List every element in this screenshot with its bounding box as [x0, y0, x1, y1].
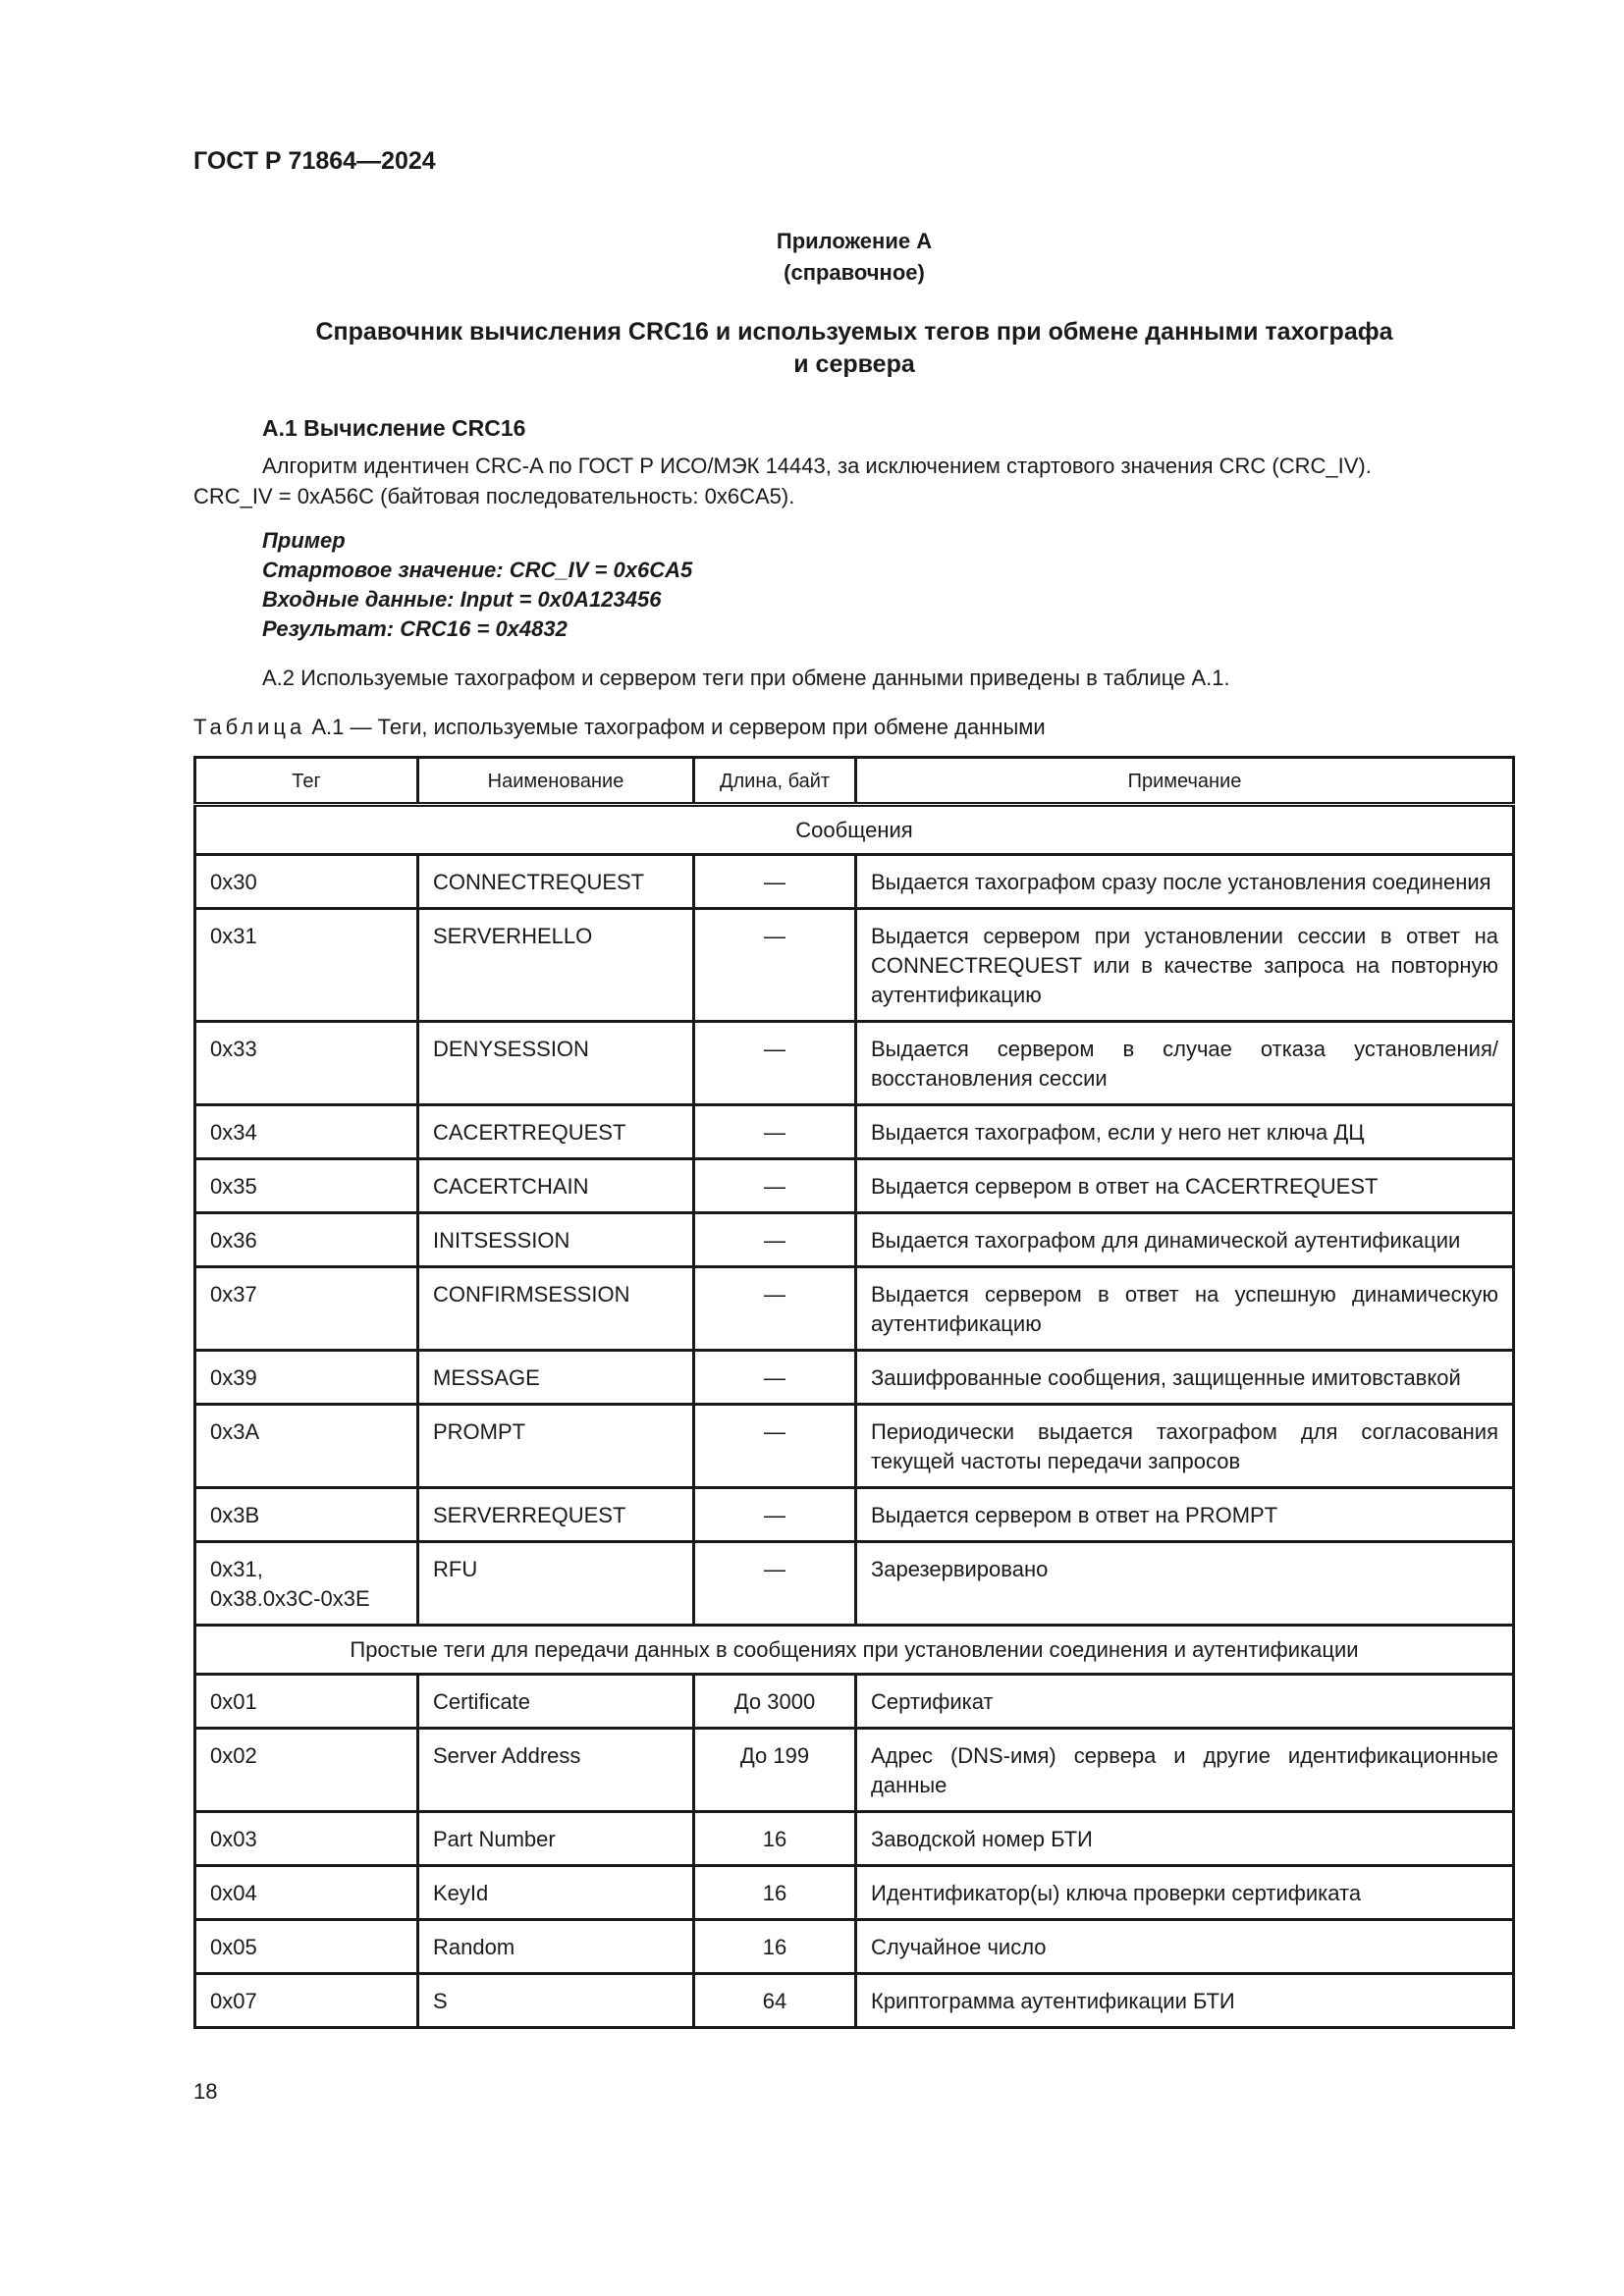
tag-cell: 0x02 [195, 1729, 418, 1812]
note-cell: Зашифрованные сообщения, защищенные имит… [856, 1351, 1514, 1405]
table-row: 0x3APROMPT—Периодически выдается тахогра… [195, 1405, 1514, 1488]
table-section-row: Простые теги для передачи данных в сообщ… [195, 1626, 1514, 1675]
note-cell: Выдается тахографом для динамической аут… [856, 1213, 1514, 1267]
length-cell: 16 [694, 1812, 856, 1866]
name-cell: SERVERREQUEST [418, 1488, 694, 1542]
length-cell: 16 [694, 1866, 856, 1920]
table-row: 0x05Random16Случайное число [195, 1920, 1514, 1974]
table-caption-text: А.1 — Теги, используемые тахографом и се… [305, 715, 1045, 739]
name-cell: CONFIRMSESSION [418, 1267, 694, 1351]
note-cell: Криптограмма аутентификации БТИ [856, 1974, 1514, 2028]
table-row: 0x30CONNECTREQUEST—Выдается тахографом с… [195, 855, 1514, 909]
table-row: 0x07S64Криптограмма аутентификации БТИ [195, 1974, 1514, 2028]
table-row: 0x33DENYSESSION—Выдается сервером в случ… [195, 1022, 1514, 1105]
table-header-row: Тег Наименование Длина, байт Примечание [195, 758, 1514, 805]
section-a1-line-2: CRC_IV = 0xA56C (байтовая последовательн… [193, 481, 1519, 511]
table-row: 0x04KeyId16Идентификатор(ы) ключа провер… [195, 1866, 1514, 1920]
name-cell: MESSAGE [418, 1351, 694, 1405]
tag-cell: 0x31,0x38.0x3C-0x3E [195, 1542, 418, 1626]
table-row: 0x39MESSAGE—Зашифрованные сообщения, защ… [195, 1351, 1514, 1405]
name-cell: Certificate [418, 1675, 694, 1729]
name-cell: CACERTREQUEST [418, 1105, 694, 1159]
table-row: 0x3BSERVERREQUEST—Выдается сервером в от… [195, 1488, 1514, 1542]
table-row: 0x34CACERTREQUEST—Выдается тахографом, е… [195, 1105, 1514, 1159]
table-caption: Таблица А.1 — Теги, используемые тахогра… [193, 715, 1046, 740]
name-cell: KeyId [418, 1866, 694, 1920]
note-cell: Зарезервировано [856, 1542, 1514, 1626]
tag-cell: 0x03 [195, 1812, 418, 1866]
tag-cell: 0x33 [195, 1022, 418, 1105]
tag-cell: 0x04 [195, 1866, 418, 1920]
example-block: Пример Стартовое значение: CRC_IV = 0x6C… [262, 526, 692, 644]
name-cell: CACERTCHAIN [418, 1159, 694, 1213]
table-row: 0x31,0x38.0x3C-0x3ERFU—Зарезервировано [195, 1542, 1514, 1626]
length-cell: 16 [694, 1920, 856, 1974]
tag-cell: 0x01 [195, 1675, 418, 1729]
section-a2-text: А.2 Используемые тахографом и сервером т… [262, 666, 1230, 690]
name-cell: Part Number [418, 1812, 694, 1866]
length-cell: — [694, 1213, 856, 1267]
table-section-row: Сообщения [195, 805, 1514, 855]
name-cell: PROMPT [418, 1405, 694, 1488]
tag-cell: 0x3A [195, 1405, 418, 1488]
note-cell: Выдается сервером при установлении сесси… [856, 909, 1514, 1022]
length-cell: — [694, 1159, 856, 1213]
table-row: 0x02Server AddressДо 199Адрес (DNS-имя) … [195, 1729, 1514, 1812]
table-row: 0x01CertificateДо 3000Сертификат [195, 1675, 1514, 1729]
name-cell: INITSESSION [418, 1213, 694, 1267]
section-title: Простые теги для передачи данных в сообщ… [195, 1626, 1514, 1675]
tag-cell: 0x37 [195, 1267, 418, 1351]
note-cell: Заводской номер БТИ [856, 1812, 1514, 1866]
appendix-title: Приложение А [0, 226, 1624, 257]
table-row: 0x37CONFIRMSESSION—Выдается сервером в о… [195, 1267, 1514, 1351]
main-title-line-2: и сервера [0, 348, 1624, 381]
example-line-2: Входные данные: Input = 0x0A123456 [262, 585, 692, 614]
document-code: ГОСТ Р 71864—2024 [193, 147, 436, 176]
section-a1-heading: А.1 Вычисление CRC16 [262, 415, 525, 442]
appendix-heading: Приложение А (справочное) [0, 226, 1624, 289]
table-row: 0x31SERVERHELLO—Выдается сервером при ус… [195, 909, 1514, 1022]
length-cell: — [694, 909, 856, 1022]
note-cell: Адрес (DNS-имя) сервера и другие идентиф… [856, 1729, 1514, 1812]
length-cell: До 199 [694, 1729, 856, 1812]
name-cell: Random [418, 1920, 694, 1974]
table-row: 0x03Part Number16Заводской номер БТИ [195, 1812, 1514, 1866]
name-cell: S [418, 1974, 694, 2028]
name-cell: CONNECTREQUEST [418, 855, 694, 909]
note-cell: Периодически выдается тахографом для сог… [856, 1405, 1514, 1488]
example-label: Пример [262, 526, 692, 556]
length-cell: — [694, 1351, 856, 1405]
tag-cell: 0x31 [195, 909, 418, 1022]
length-cell: — [694, 1267, 856, 1351]
table-row: 0x35CACERTCHAIN—Выдается сервером в отве… [195, 1159, 1514, 1213]
note-cell: Выдается сервером в ответ на успешную ди… [856, 1267, 1514, 1351]
section-a2-paragraph: А.2 Используемые тахографом и сервером т… [193, 663, 1519, 693]
appendix-type: (справочное) [0, 257, 1624, 289]
name-cell: RFU [418, 1542, 694, 1626]
column-header-length: Длина, байт [694, 758, 856, 805]
note-cell: Выдается сервером в ответ на PROMPT [856, 1488, 1514, 1542]
name-cell: DENYSESSION [418, 1022, 694, 1105]
tags-table: Тег Наименование Длина, байт Примечание … [193, 756, 1515, 2029]
tag-cell: 0x36 [195, 1213, 418, 1267]
column-header-tag: Тег [195, 758, 418, 805]
page-number: 18 [193, 2079, 217, 2105]
example-line-3: Результат: CRC16 = 0x4832 [262, 614, 692, 644]
main-title-line-1: Справочник вычисления CRC16 и используем… [0, 316, 1624, 348]
section-a1-line-1: Алгоритм идентичен CRC-A по ГОСТ Р ИСО/М… [193, 451, 1519, 481]
table-body: Сообщения0x30CONNECTREQUEST—Выдается тах… [195, 805, 1514, 2028]
section-title: Сообщения [195, 805, 1514, 855]
tag-cell: 0x35 [195, 1159, 418, 1213]
name-cell: Server Address [418, 1729, 694, 1812]
note-cell: Случайное число [856, 1920, 1514, 1974]
section-a1-paragraph: Алгоритм идентичен CRC-A по ГОСТ Р ИСО/М… [193, 451, 1519, 511]
tag-cell: 0x07 [195, 1974, 418, 2028]
length-cell: — [694, 1022, 856, 1105]
tag-cell: 0x34 [195, 1105, 418, 1159]
main-title: Справочник вычисления CRC16 и используем… [0, 316, 1624, 381]
example-line-1: Стартовое значение: CRC_IV = 0x6CA5 [262, 556, 692, 585]
table-row: 0x36INITSESSION—Выдается тахографом для … [195, 1213, 1514, 1267]
tag-cell: 0x39 [195, 1351, 418, 1405]
length-cell: — [694, 1105, 856, 1159]
note-cell: Сертификат [856, 1675, 1514, 1729]
note-cell: Идентификатор(ы) ключа проверки сертифик… [856, 1866, 1514, 1920]
length-cell: — [694, 1488, 856, 1542]
tag-cell: 0x30 [195, 855, 418, 909]
note-cell: Выдается тахографом, если у него нет клю… [856, 1105, 1514, 1159]
note-cell: Выдается сервером в ответ на CACERTREQUE… [856, 1159, 1514, 1213]
table-caption-prefix: Таблица [193, 715, 305, 739]
note-cell: Выдается сервером в случае отказа устано… [856, 1022, 1514, 1105]
length-cell: — [694, 1542, 856, 1626]
column-header-name: Наименование [418, 758, 694, 805]
tag-cell: 0x3B [195, 1488, 418, 1542]
column-header-note: Примечание [856, 758, 1514, 805]
tag-cell: 0x05 [195, 1920, 418, 1974]
length-cell: — [694, 855, 856, 909]
note-cell: Выдается тахографом сразу после установл… [856, 855, 1514, 909]
name-cell: SERVERHELLO [418, 909, 694, 1022]
length-cell: — [694, 1405, 856, 1488]
length-cell: До 3000 [694, 1675, 856, 1729]
length-cell: 64 [694, 1974, 856, 2028]
